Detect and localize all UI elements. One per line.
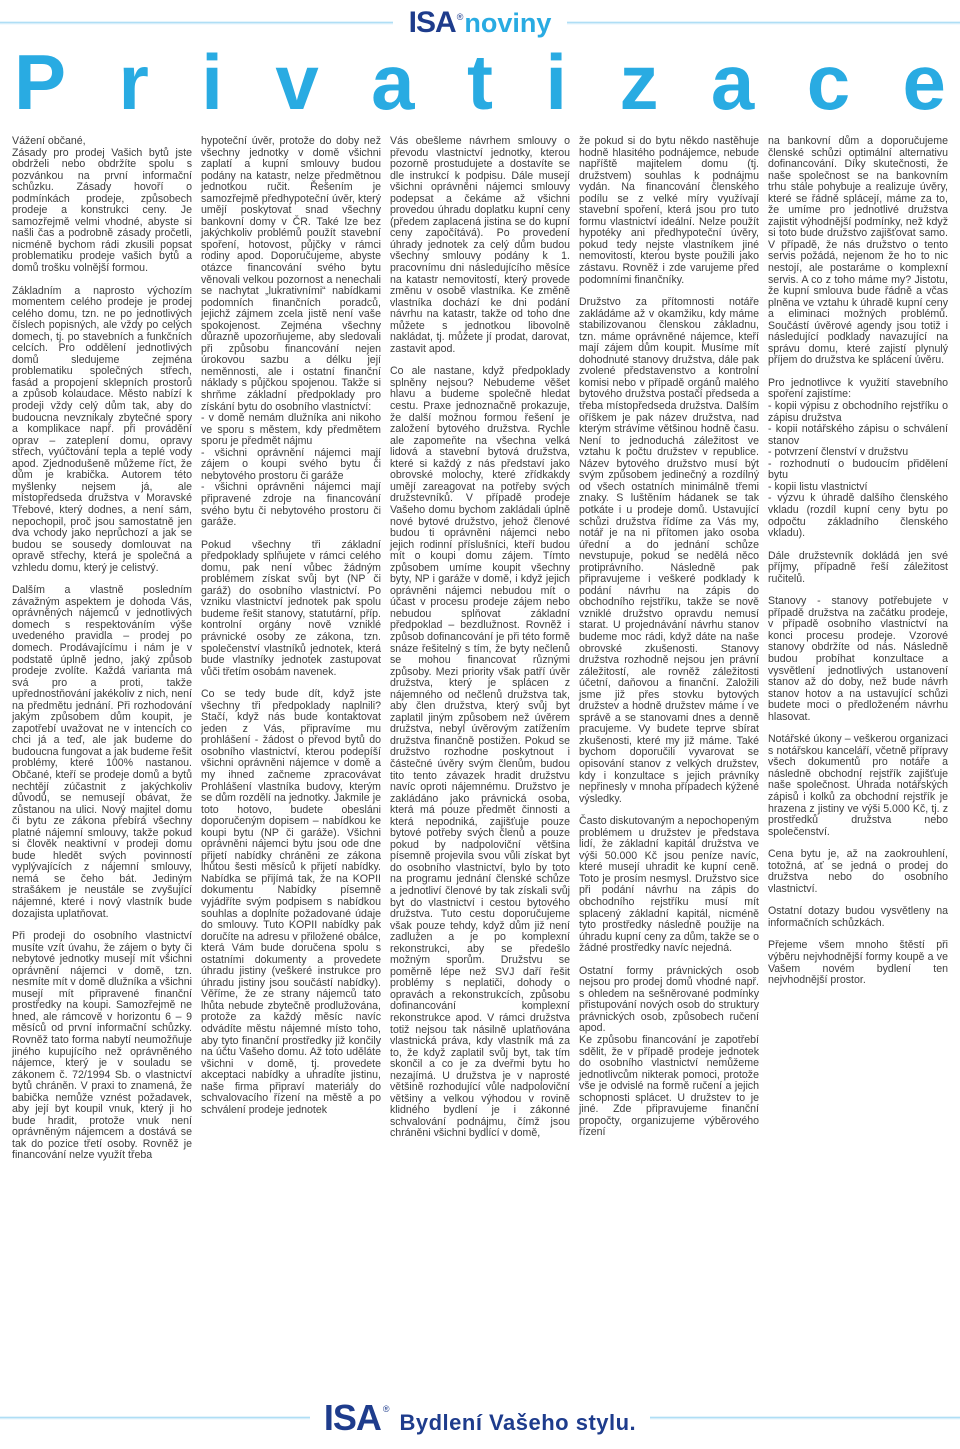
paragraph: Co se tedy bude dít, když jste všechny t… [201, 689, 381, 1116]
page-title-letter: t [467, 44, 493, 120]
text-column-3: Vás obešleme návrhem smlouvy o převodu v… [390, 136, 570, 1404]
page-title-letter: i [545, 44, 567, 120]
header: ISA ® noviny [0, 0, 960, 42]
paragraph: Ostatní dotazy budou vysvětleny na infor… [768, 906, 948, 929]
text-column-5: na bankovní dům a doporučujeme členské s… [768, 136, 948, 1404]
text-column-4: že pokud si do bytu někdo nastěhuje hodn… [579, 136, 759, 1404]
newsletter-page: { "header": { "logo_isa": "ISA", "logo_r… [0, 0, 960, 1449]
page-title-letter: P [14, 44, 66, 120]
page-title-letter: r [118, 44, 148, 120]
registered-mark-icon: ® [457, 12, 464, 22]
paragraph: Cena bytu je, až na zaokrouhlení, totožn… [768, 849, 948, 895]
isa-wordmark: ISA [409, 6, 456, 40]
paragraph: Vážení občané, [12, 136, 192, 148]
paragraph: že pokud si do bytu někdo nastěhuje hodn… [579, 136, 759, 286]
page-title-letter: i [201, 44, 223, 120]
article-columns: Vážení občané,Zásady pro prodej Vašich b… [0, 132, 960, 1404]
paragraph: na bankovní dům a doporučujeme členské s… [768, 136, 948, 367]
paragraph: Často diskutovaným a nepochopeným problé… [579, 816, 759, 955]
page-title-letter: c [807, 44, 850, 120]
paragraph: Dalším a vlastně posledním závažným aspe… [12, 585, 192, 920]
paragraph: Vás obešleme návrhem smlouvy o převodu v… [390, 136, 570, 355]
header-rule-right [567, 21, 960, 25]
paragraph: Ostatní formy právnických osob nejsou pr… [579, 966, 759, 1035]
paragraph: hypoteční úvěr, protože do doby než všec… [201, 136, 381, 413]
bullet-line: - rozhodnutí o budoucím přidělení bytu [768, 459, 948, 482]
page-title-letter: a [711, 44, 754, 120]
bullet-line: - výzvu k úhradě dalšího členského vklad… [768, 493, 948, 539]
text-column-1: Vážení občané,Zásady pro prodej Vašich b… [12, 136, 192, 1404]
page-title-letter: z [619, 44, 658, 120]
paragraph: Při prodeji do osobního vlastnictví musí… [12, 931, 192, 1162]
isa-noviny-logo: ISA ® noviny [393, 6, 568, 40]
paragraph: Družstvo za přítomnosti notáře zakládáme… [579, 297, 759, 805]
paragraph: Pro jednotlivce k využití stavebního spo… [768, 378, 948, 401]
page-title-letter: a [371, 44, 414, 120]
text-column-2: hypoteční úvěr, protože do doby než všec… [201, 136, 381, 1404]
paragraph: Pokud všechny tři základní předpoklady s… [201, 540, 381, 679]
bullet-line: - všichni oprávnění nájemci mají zájem o… [201, 448, 381, 483]
header-rule-left [0, 21, 393, 25]
paragraph: Stanovy - stanovy potřebujete v případě … [768, 596, 948, 723]
noviny-wordmark: noviny [464, 8, 551, 39]
footer-rule-left [0, 1416, 310, 1420]
isa-footer-logo: ISA ® Bydlení Vašeho stylu. [310, 1397, 650, 1439]
page-title: Privatizace [0, 42, 960, 132]
bullet-line: - všichni oprávněni nájemci mají připrav… [201, 482, 381, 528]
paragraph: Ke způsobu financování je zapotřebí sděl… [579, 1035, 759, 1139]
paragraph: Základním a naprosto výchozím momentem c… [12, 286, 192, 575]
paragraph: Zásady pro prodej Vašich bytů jste obdrž… [12, 148, 192, 275]
footer-rule-right [650, 1416, 960, 1420]
paragraph: Přejeme všem mnoho štěstí při výběru nej… [768, 940, 948, 986]
registered-mark-icon: ® [383, 1404, 390, 1414]
paragraph: Notářské úkony – veškerou organizaci s n… [768, 734, 948, 838]
bullet-line: - kopii notářského zápisu o schválení st… [768, 424, 948, 447]
paragraph: Dále družstevník dokládá jen své příjmy,… [768, 551, 948, 586]
footer: ISA ® Bydlení Vašeho stylu. [0, 1395, 960, 1441]
isa-wordmark: ISA [324, 1397, 381, 1439]
bullet-line: - kopii výpisu z obchodního rejstříku o … [768, 401, 948, 424]
bullet-line: - v domě nemám dlužníka ani nikoho ve sp… [201, 413, 381, 448]
page-title-letter: v [275, 44, 318, 120]
isa-tagline: Bydlení Vašeho stylu. [399, 1410, 636, 1436]
page-title-letter: e [903, 44, 946, 120]
paragraph: Co ale nastane, když předpoklady splněny… [390, 366, 570, 1140]
